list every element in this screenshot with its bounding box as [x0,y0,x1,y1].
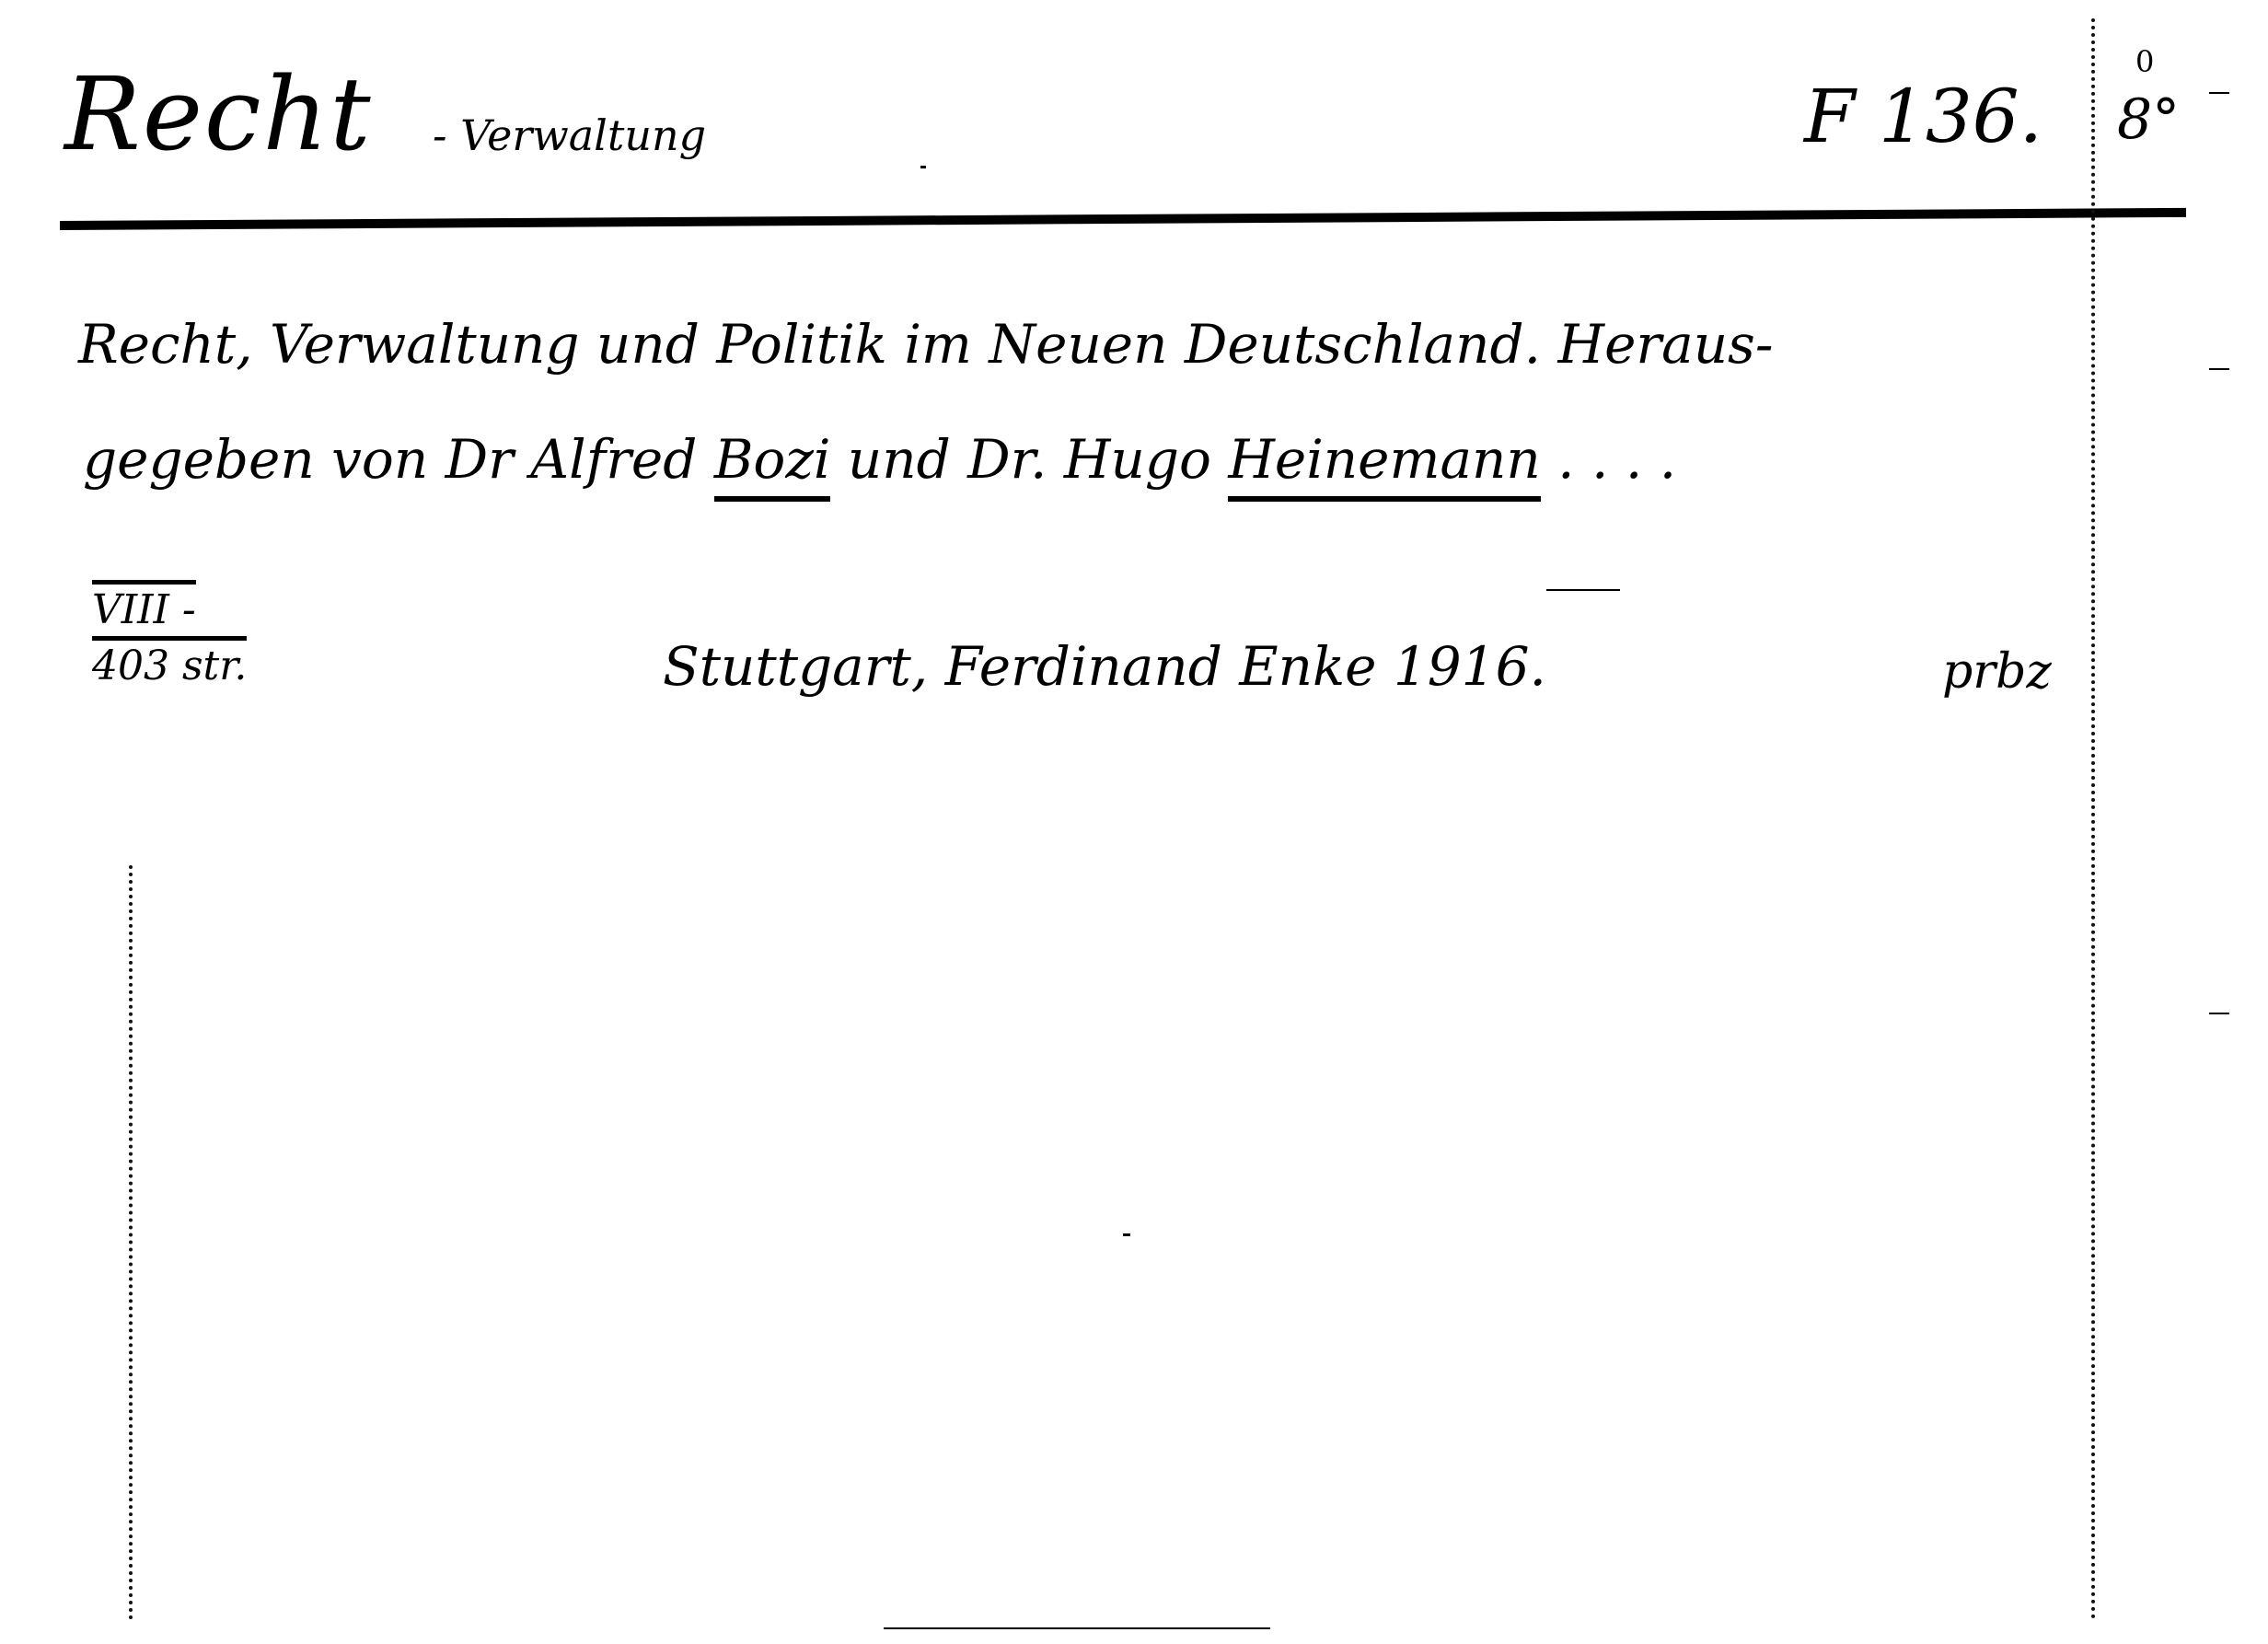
imprint: Stuttgart, Ferdinand Enke 1916. [663,635,1546,698]
title-line-2-mid: und Dr. Hugo [830,428,1228,491]
scan-speck [1546,589,1620,591]
pagination-bottom: 403 str. [92,636,247,692]
scan-speck [2209,1013,2229,1014]
catalog-number: F 136. [1804,74,2042,159]
heading-rule [60,208,2186,230]
pagination: VIII - 403 str. [92,580,247,692]
right-margin-dotted-line [2091,18,2095,1620]
subject-subheading: - Verwaltung [433,110,706,160]
scan-speck [2209,92,2229,94]
editor-2-surname: Heinemann [1228,428,1540,502]
subject-heading: Recht [64,55,373,173]
format-mark-small: 0 [2135,44,2154,79]
scan-speck [920,166,926,168]
title-line-2-pre: gegeben von Dr Alfred [83,428,714,491]
title-line-2-post: . . . . [1541,428,1677,491]
scan-speck [1123,1233,1130,1236]
editor-1-surname: Bozi [714,428,831,502]
pagination-top: VIII - [92,580,196,636]
format-mark: 8° [2117,87,2180,152]
cataloger-initials: prbz [1942,644,2052,700]
scan-speck [884,1627,1270,1629]
title-line-1: Recht, Verwaltung und Politik im Neuen D… [78,313,1773,376]
scan-speck [2209,368,2229,370]
left-margin-dotted-line [129,865,133,1620]
title-line-2: gegeben von Dr Alfred Bozi und Dr. Hugo … [83,428,1676,491]
